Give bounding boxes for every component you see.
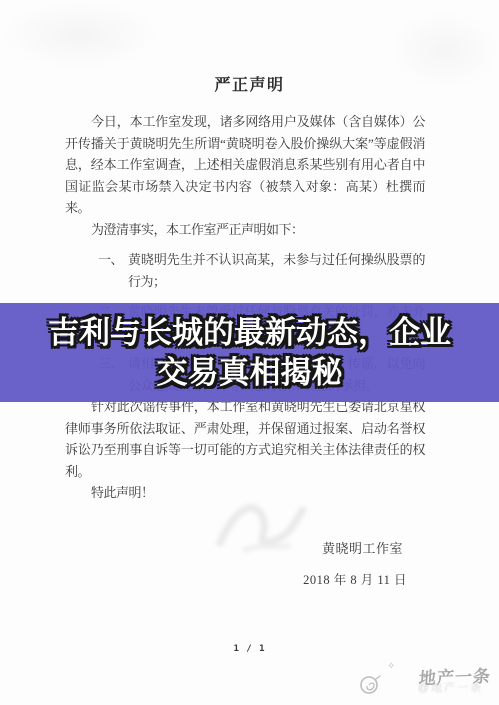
scan-shading	[0, 0, 160, 70]
page-number: 1 / 1	[0, 644, 499, 654]
signature-date: 2018 年 8 月 11 日	[303, 570, 407, 588]
sparkle-icon: ✧	[387, 661, 395, 672]
doodle-logo-icon	[357, 673, 383, 695]
watermark-brand: 地产一条	[418, 662, 492, 690]
watermark: ✧ @地产一条 地产一条	[357, 661, 493, 703]
item-text: 黄晓明先生并不认识高某，未参与过任何操纵股票的行为；	[128, 249, 425, 292]
statement-title: 严正声明	[0, 72, 499, 95]
statement-paragraph-1: 今日，本工作室发现，诸多网络用户及媒体（含自媒体）公开传播关于黄晓明先生所谓“黄…	[65, 111, 425, 219]
statement-item-1: 一、 黄晓明先生并不认识高某，未参与过任何操纵股票的行为；	[98, 249, 425, 292]
banner-text-line2: 交易真相揭秘	[157, 353, 343, 393]
banner-text-line1: 吉利与长城的最新动态，企业	[48, 313, 451, 353]
statement-closing: 特此声明！	[65, 482, 425, 504]
overlay-banner: 吉利与长城的最新动态，企业 交易真相揭秘	[0, 303, 499, 402]
document-page: 严正声明 今日，本工作室发现，诸多网络用户及媒体（含自媒体）公开传播关于黄晓明先…	[0, 0, 499, 705]
item-number: 一、	[98, 249, 128, 292]
statement-paragraph-3: 针对此次谣传事件，本工作室和黄晓明先生已委请北京星权律师事务所依法取证、严肃处理…	[65, 396, 425, 482]
statement-paragraph-2: 为澄清事实，本工作室严正声明如下：	[65, 219, 425, 241]
signature: 黄晓明工作室	[322, 538, 403, 557]
